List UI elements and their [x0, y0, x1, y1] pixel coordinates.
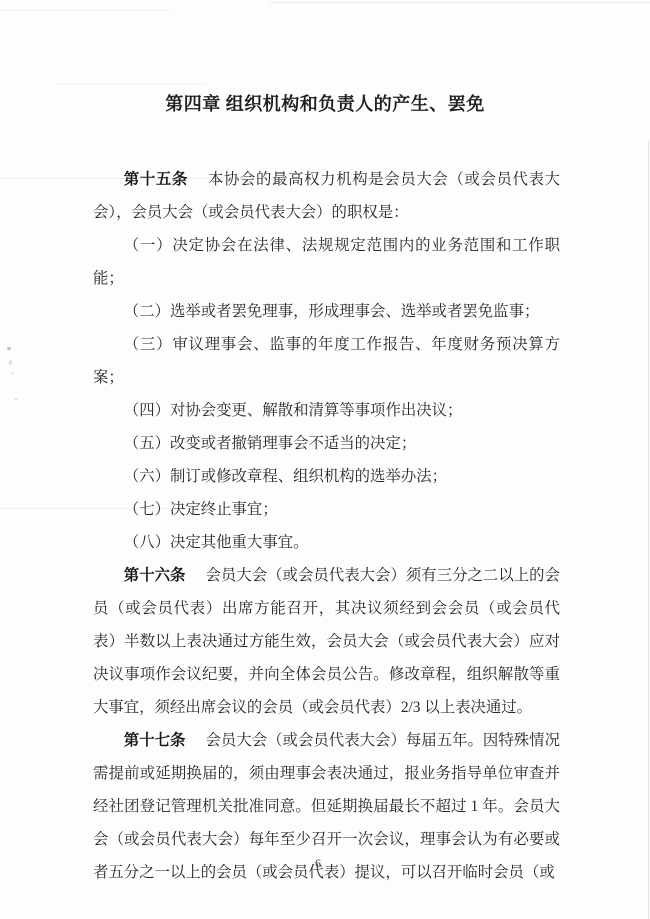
scan-edge-right [648, 140, 649, 919]
article-15-item-3: （三）审议理事会、监事的年度工作报告、年度财务预决算方案； [93, 328, 560, 394]
page-number: 6 [0, 856, 636, 871]
article-15-item-7: （七）决定终止事宜； [93, 493, 560, 526]
article-15-item-6: （六）制订或修改章程、组织机构的选举办法； [93, 460, 560, 493]
scan-speck-3 [11, 372, 14, 375]
article-15-item-8: （八）决定其他重大事宜。 [93, 526, 560, 559]
article-15-item-4: （四）对协会变更、解散和清算等事项作出决议； [93, 394, 560, 427]
chapter-heading: 第四章 组织机构和负责人的产生、罢免 [0, 0, 650, 117]
article-15-item-2: （二）选举或者罢免理事，形成理事会、选举或者罢免监事； [93, 295, 560, 328]
article-17-number: 第十七条 [124, 732, 186, 749]
document-page: 第四章 组织机构和负责人的产生、罢免 第十五条本协会的最高权力机构是会员大会（或… [0, 0, 650, 919]
article-15-number: 第十五条 [124, 171, 188, 188]
scan-speck-2 [9, 360, 12, 365]
article-15-item-5: （五）改变或者撤销理事会不适当的决定； [93, 427, 560, 460]
article-15-item-1: （一）决定协会在法律、法规规定范围内的业务范围和工作职能； [93, 229, 560, 295]
article-16-number: 第十六条 [124, 567, 186, 584]
article-16-text: 会员大会（或会员代表大会）须有三分之二以上的会员（或会员代表）出席方能召开，其决… [93, 567, 560, 716]
document-body: 第十五条本协会的最高权力机构是会员大会（或会员代表大会），会员大会（或会员代表大… [93, 163, 560, 889]
article-16: 第十六条会员大会（或会员代表大会）须有三分之二以上的会员（或会员代表）出席方能召… [93, 559, 560, 724]
scan-speck-1 [7, 347, 11, 350]
scan-speck-4 [14, 398, 18, 400]
article-15: 第十五条本协会的最高权力机构是会员大会（或会员代表大会），会员大会（或会员代表大… [93, 163, 560, 229]
